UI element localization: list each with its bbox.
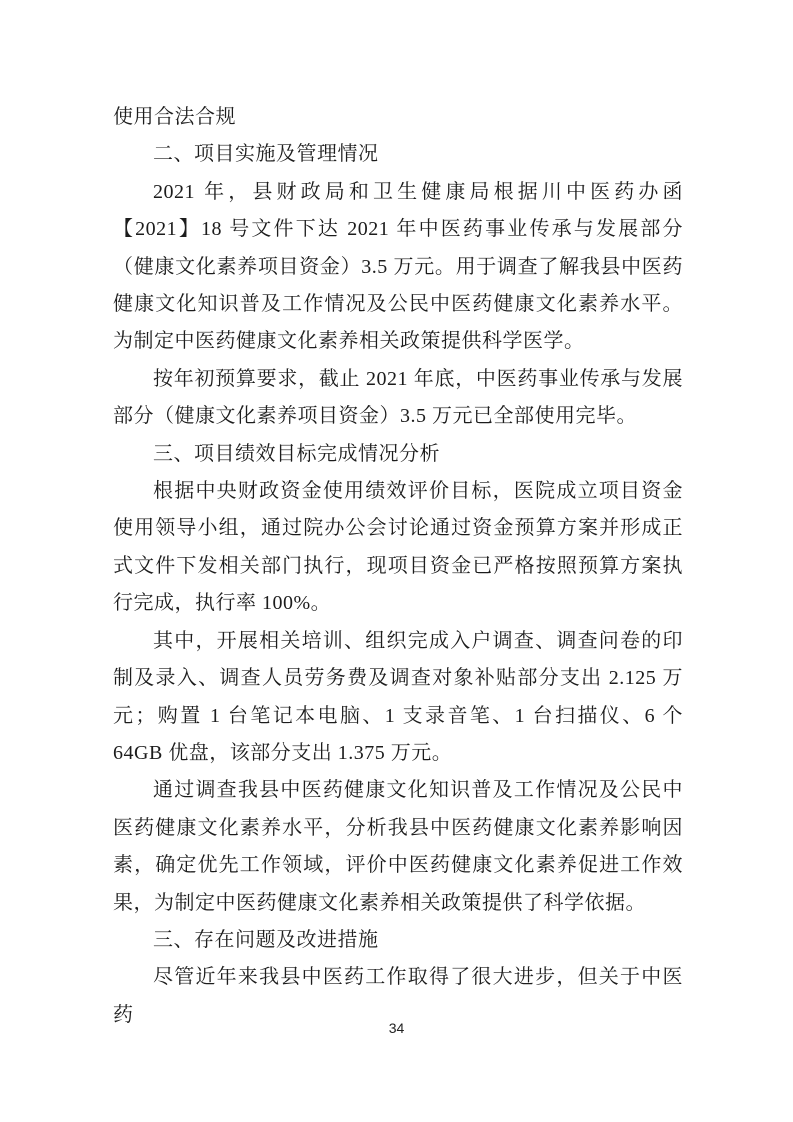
text-column: 使用合法合规 二、项目实施及管理情况 2021 年，县财政局和卫生健康局根据川中… bbox=[113, 99, 683, 1034]
section-heading-performance-analysis: 三、项目绩效目标完成情况分析 bbox=[113, 436, 683, 473]
body-paragraph-execution-rate: 根据中央财政资金使用绩效评价目标，医院成立项目资金使用领导小组，通过院办公会讨论… bbox=[113, 473, 683, 623]
document-page: 使用合法合规 二、项目实施及管理情况 2021 年，县财政局和卫生健康局根据川中… bbox=[0, 0, 793, 1122]
body-paragraph-expenditure-breakdown: 其中，开展相关培训、组织完成入户调查、调查问卷的印制及录入、调查人员劳务费及调查… bbox=[113, 623, 683, 773]
section-heading-problems-improvements: 三、存在问题及改进措施 bbox=[113, 922, 683, 959]
body-paragraph-budget-usage: 按年初预算要求，截止 2021 年底，中医药事业传承与发展部分（健康文化素养项目… bbox=[113, 361, 683, 436]
body-paragraph-funding-source: 2021 年，县财政局和卫生健康局根据川中医药办函【2021】18 号文件下达 … bbox=[113, 174, 683, 361]
section-heading-project-implementation: 二、项目实施及管理情况 bbox=[113, 136, 683, 173]
body-paragraph-continuation: 使用合法合规 bbox=[113, 99, 683, 136]
page-number: 34 bbox=[389, 1020, 405, 1036]
page-footer: 34 bbox=[0, 1020, 793, 1036]
body-paragraph-survey-outcome: 通过调查我县中医药健康文化知识普及工作情况及公民中医药健康文化素养水平，分析我县… bbox=[113, 772, 683, 922]
